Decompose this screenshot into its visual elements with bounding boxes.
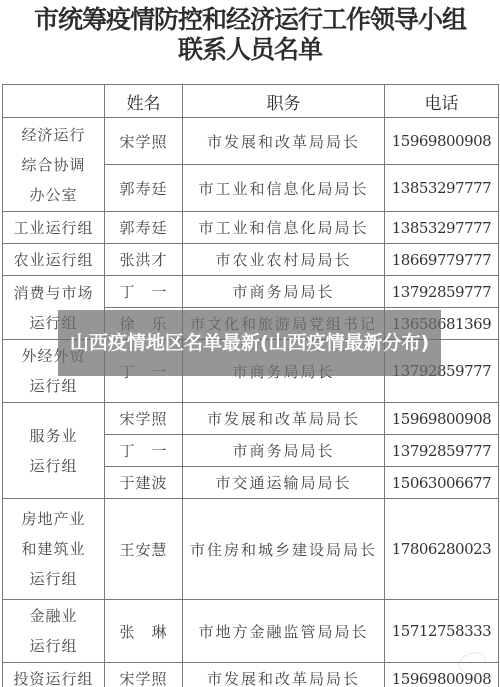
- contact-title: 市商务局局长: [183, 435, 385, 467]
- contact-name: 丁 一: [105, 276, 183, 308]
- contact-phone: 15969800908: [385, 403, 499, 435]
- table-row: 投资运行组 宋学照 市发展和改革局局长 15969800908: [3, 663, 499, 687]
- contact-name: 宋学照: [105, 403, 183, 435]
- contact-title: 市发展和改革局局长: [183, 118, 385, 165]
- contact-phone: 15063006677: [385, 467, 499, 499]
- contact-title: 市商务局局长: [183, 276, 385, 308]
- contact-name: 王安慧: [105, 499, 183, 600]
- contact-phone: 18669779777: [385, 244, 499, 276]
- contact-name: 张 琳: [105, 600, 183, 663]
- contact-title: 市工业和信息化局局长: [183, 165, 385, 212]
- group-label-line: 服务业: [3, 421, 104, 451]
- contact-title: 市发展和改革局局长: [183, 663, 385, 687]
- site-watermark: 观察网: [432, 653, 492, 681]
- header-phone: 电话: [385, 85, 499, 118]
- contact-title: 市发展和改革局局长: [183, 403, 385, 435]
- table-row: 经济运行 综合协调 办公室 宋学照 市发展和改革局局长 15969800908: [3, 118, 499, 165]
- group-label-real-estate-construction: 房地产业 和建筑业 运行组: [3, 499, 105, 600]
- contact-title: 市交通运输局局长: [183, 467, 385, 499]
- contact-name: 宋学照: [105, 118, 183, 165]
- table-header-row: 姓名 职务 电话: [3, 85, 499, 118]
- group-label-line: 办公室: [3, 180, 104, 210]
- contact-name: 张洪才: [105, 244, 183, 276]
- group-label-line: 房地产业: [3, 504, 104, 534]
- group-label-line: 运行组: [3, 564, 104, 594]
- group-label-line: 经济运行: [3, 120, 104, 150]
- group-label-line: 运行组: [3, 631, 104, 661]
- document-title: 市统筹疫情防控和经济运行工作领导小组: [0, 4, 500, 36]
- contact-name: 丁 一: [105, 435, 183, 467]
- caption-overlay-text: 山西疫情地区名单最新(山西疫情最新分布): [60, 331, 439, 355]
- contact-phone: 15969800908: [385, 118, 499, 165]
- contact-phone: 13853297777: [385, 165, 499, 212]
- header-title: 职务: [183, 85, 385, 118]
- group-label-finance: 金融业 运行组: [3, 600, 105, 663]
- group-label-line: 消费与市场: [3, 278, 104, 308]
- table-row: 工业运行组 郭寿廷 市工业和信息化局局长 13853297777: [3, 212, 499, 244]
- contact-title: 市农业农村局局长: [183, 244, 385, 276]
- contact-name: 郭寿廷: [105, 212, 183, 244]
- contact-name: 宋学照: [105, 663, 183, 687]
- table-row: 房地产业 和建筑业 运行组 王安慧 市住房和城乡建设局局长 1780628002…: [3, 499, 499, 600]
- contact-name: 郭寿廷: [105, 165, 183, 212]
- group-label-line: 金融业: [3, 601, 104, 631]
- contact-title: 市工业和信息化局局长: [183, 212, 385, 244]
- document-subtitle: 联系人员名单: [0, 34, 500, 66]
- header-name: 姓名: [105, 85, 183, 118]
- contact-phone: 17806280023: [385, 499, 499, 600]
- group-label-industry: 工业运行组: [3, 212, 105, 244]
- table-row: 消费与市场 运行组 丁 一 市商务局局长 13792859777: [3, 276, 499, 308]
- caption-overlay-banner: 山西疫情地区名单最新(山西疫情最新分布): [58, 310, 441, 376]
- table-row: 服务业 运行组 宋学照 市发展和改革局局长 15969800908: [3, 403, 499, 435]
- group-label-agriculture: 农业运行组: [3, 244, 105, 276]
- group-label-services: 服务业 运行组: [3, 403, 105, 499]
- contact-roster-table: 姓名 职务 电话 经济运行 综合协调 办公室 宋学照 市发展和改革局局长 159…: [2, 84, 499, 687]
- group-label-economic-coordination: 经济运行 综合协调 办公室: [3, 118, 105, 212]
- contact-title: 市住房和城乡建设局局长: [183, 499, 385, 600]
- contact-phone: 13792859777: [385, 276, 499, 308]
- group-label-investment: 投资运行组: [3, 663, 105, 687]
- contact-name: 于建波: [105, 467, 183, 499]
- watermark-text: 观察网: [474, 672, 492, 681]
- contact-phone: 13792859777: [385, 435, 499, 467]
- contact-phone: 13853297777: [385, 212, 499, 244]
- contact-title: 市地方金融监管局局长: [183, 600, 385, 663]
- group-label-line: 运行组: [3, 451, 104, 481]
- table-row: 农业运行组 张洪才 市农业农村局局长 18669779777: [3, 244, 499, 276]
- header-group: [3, 85, 105, 118]
- table-row: 金融业 运行组 张 琳 市地方金融监管局局长 15712758333: [3, 600, 499, 663]
- group-label-line: 和建筑业: [3, 534, 104, 564]
- group-label-line: 综合协调: [3, 150, 104, 180]
